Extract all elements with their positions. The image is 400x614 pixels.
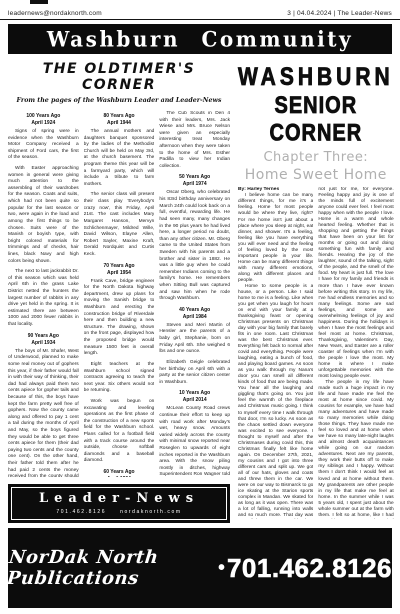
- community-banner: Washburn Community: [8, 24, 392, 54]
- article-paragraph: The boys of Mr. Shafer, West of Underwoo…: [8, 349, 79, 477]
- era-heading: 10 Years AgoApril 2014: [159, 390, 230, 404]
- oldtimers-subtitle: From the pages of the Washburn Leader an…: [8, 97, 230, 104]
- article-paragraph: The senior class will present their clas…: [84, 192, 155, 258]
- leader-news-ad-contact: 701.462.8126 nordaknorth.com: [56, 509, 181, 515]
- era-heading: 70 Years AgoApril 1954: [84, 263, 155, 277]
- oldtimers-columns: 100 Years AgoApril 1924Signs of spring w…: [8, 111, 230, 477]
- leader-news-ad-title: Leader-News: [39, 492, 199, 506]
- article-paragraph: Work was begun on excavating and levelin…: [84, 399, 155, 465]
- leader-news-ad-frame: Leader-News 701.462.8126 nordaknorth.com: [11, 487, 227, 520]
- oldtimers-section: THE OLDTIMER'S CORNER From the pages of …: [8, 56, 230, 523]
- bullet-separator-icon: •: [218, 557, 225, 580]
- article-column: The Cub Scouts in Den 4 with their leade…: [159, 111, 230, 477]
- era-heading: 40 Years AgoApril 1984: [159, 307, 230, 321]
- article-paragraph: Steven and Meri Martin of Hensler are th…: [159, 323, 230, 356]
- masthead: leadernews@nordaknorth.com 3 | 04.04.202…: [0, 0, 400, 20]
- page-content: THE OLDTIMER'S CORNER From the pages of …: [0, 54, 400, 523]
- chapter-subtitle-line2: Home Sweet Home: [238, 167, 394, 183]
- era-heading: 60 Years AgoApril 1964: [84, 469, 155, 477]
- era-heading: 80 Years AgoApril 1944: [84, 113, 155, 127]
- oldtimers-title: THE OLDTIMER'S CORNER: [8, 61, 230, 93]
- article-paragraph: The people in my life have made such a h…: [318, 380, 393, 519]
- article-paragraph: The Cub Scouts in Den 4 with their leade…: [159, 111, 230, 170]
- leader-news-ad: Leader-News 701.462.8126 nordaknorth.com: [8, 484, 230, 523]
- chapter-subtitle-line1: Chapter Three:: [238, 150, 394, 165]
- article-paragraph: Frank Cave, bridge engineer for the Nort…: [84, 279, 155, 358]
- article-paragraph: McLean County Road crews continue their …: [159, 406, 230, 477]
- leader-news-ad-phone: 701.462.8126: [56, 509, 106, 515]
- article-column: not just for me, for everyone. Feeling h…: [318, 187, 393, 519]
- article-paragraph: not just for me, for everyone. Feeling h…: [318, 187, 393, 380]
- article-paragraph: I believe home can be many different thi…: [238, 193, 313, 283]
- senior-corner-columns: By: Harley TernesI believe home can be m…: [238, 187, 394, 519]
- newspaper-page: leadernews@nordaknorth.com 3 | 04.04.202…: [0, 0, 400, 614]
- article-paragraph: Signs of spring were in evidence when th…: [8, 129, 79, 162]
- era-heading: 50 Years AgoApril 1974: [159, 174, 230, 188]
- nordak-publisher-name: NorDak North Publications: [6, 547, 215, 589]
- article-paragraph: The annual mothers and daughters banquet…: [84, 129, 155, 188]
- contact-email: leadernews@nordaknorth.com: [8, 10, 102, 17]
- era-heading: 90 Years AgoApril 1934: [8, 333, 79, 347]
- page-number-date: 3 | 04.04.2024 | The Leader-News: [287, 10, 392, 17]
- article-column: By: Harley TernesI believe home can be m…: [238, 187, 313, 519]
- senior-corner-title-line1: WASHBURN: [238, 64, 394, 93]
- nordak-banner: NorDak North Publications • 701.462.8126: [8, 528, 392, 608]
- senior-corner-section: WASHBURN SENIOR CORNER Chapter Three: Ho…: [238, 56, 394, 523]
- article-paragraph: Oscar Oberg, who celebrated his 83rd bir…: [159, 190, 230, 302]
- banner-title: Washburn Community: [47, 26, 353, 51]
- article-paragraph: With Easter approaching women in general…: [8, 166, 79, 265]
- scan-artifact: [30, 0, 48, 4]
- leader-news-ad-website: nordaknorth.com: [120, 509, 182, 515]
- article-paragraph: Elizabeth Geigle celebrated her birthday…: [159, 360, 230, 386]
- article-paragraph: Home to some people is a house, or a per…: [238, 284, 313, 519]
- nordak-phone-number: 701.462.8126: [227, 553, 392, 584]
- article-paragraph: The next to last jackrabbit Dr. of this …: [8, 269, 79, 328]
- article-paragraph: Eight teachers at the Washburn school si…: [84, 362, 155, 395]
- article-column: 100 Years AgoApril 1924Signs of spring w…: [8, 111, 79, 477]
- senior-corner-title-line2: SENIOR CORNER: [238, 92, 394, 147]
- article-column: 80 Years AgoApril 1944The annual mothers…: [84, 111, 155, 477]
- era-heading: 100 Years AgoApril 1924: [8, 113, 79, 127]
